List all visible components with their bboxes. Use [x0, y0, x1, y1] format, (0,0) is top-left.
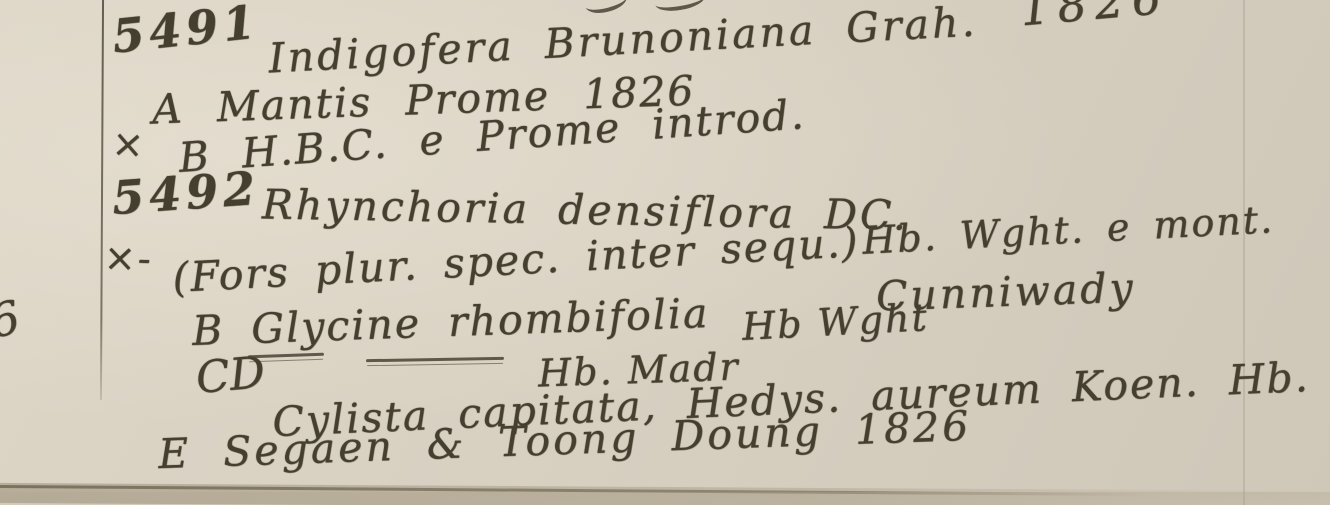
ink-stroke-fragment [583, 0, 629, 17]
entry-5491-number: 5491 [110, 0, 263, 64]
entry-5492-number: 5492 [110, 161, 261, 225]
ditto-mark [366, 357, 504, 362]
paper-crease [1243, 0, 1245, 505]
cross-mark: × [111, 121, 148, 167]
page-below-edge [0, 492, 1330, 505]
entry-5492-herbarium-note: Hb. Wght. e mont. [861, 197, 1275, 263]
manuscript-page: 1826 6 5491 Indigofera Brunoniana Grah. … [0, 0, 1330, 505]
ruled-margin-line [100, 0, 104, 400]
previous-line-year: 1826 [1018, 0, 1171, 36]
cross-mark: ×- [103, 235, 153, 281]
entry-5492-line-b: B Glycine rhombifolia [191, 289, 710, 355]
margin-number: 6 [0, 289, 27, 348]
entry-5492-line-b-annotation: Hb Wght [741, 295, 930, 349]
entry-5492-letters-cd: CD [194, 347, 267, 404]
